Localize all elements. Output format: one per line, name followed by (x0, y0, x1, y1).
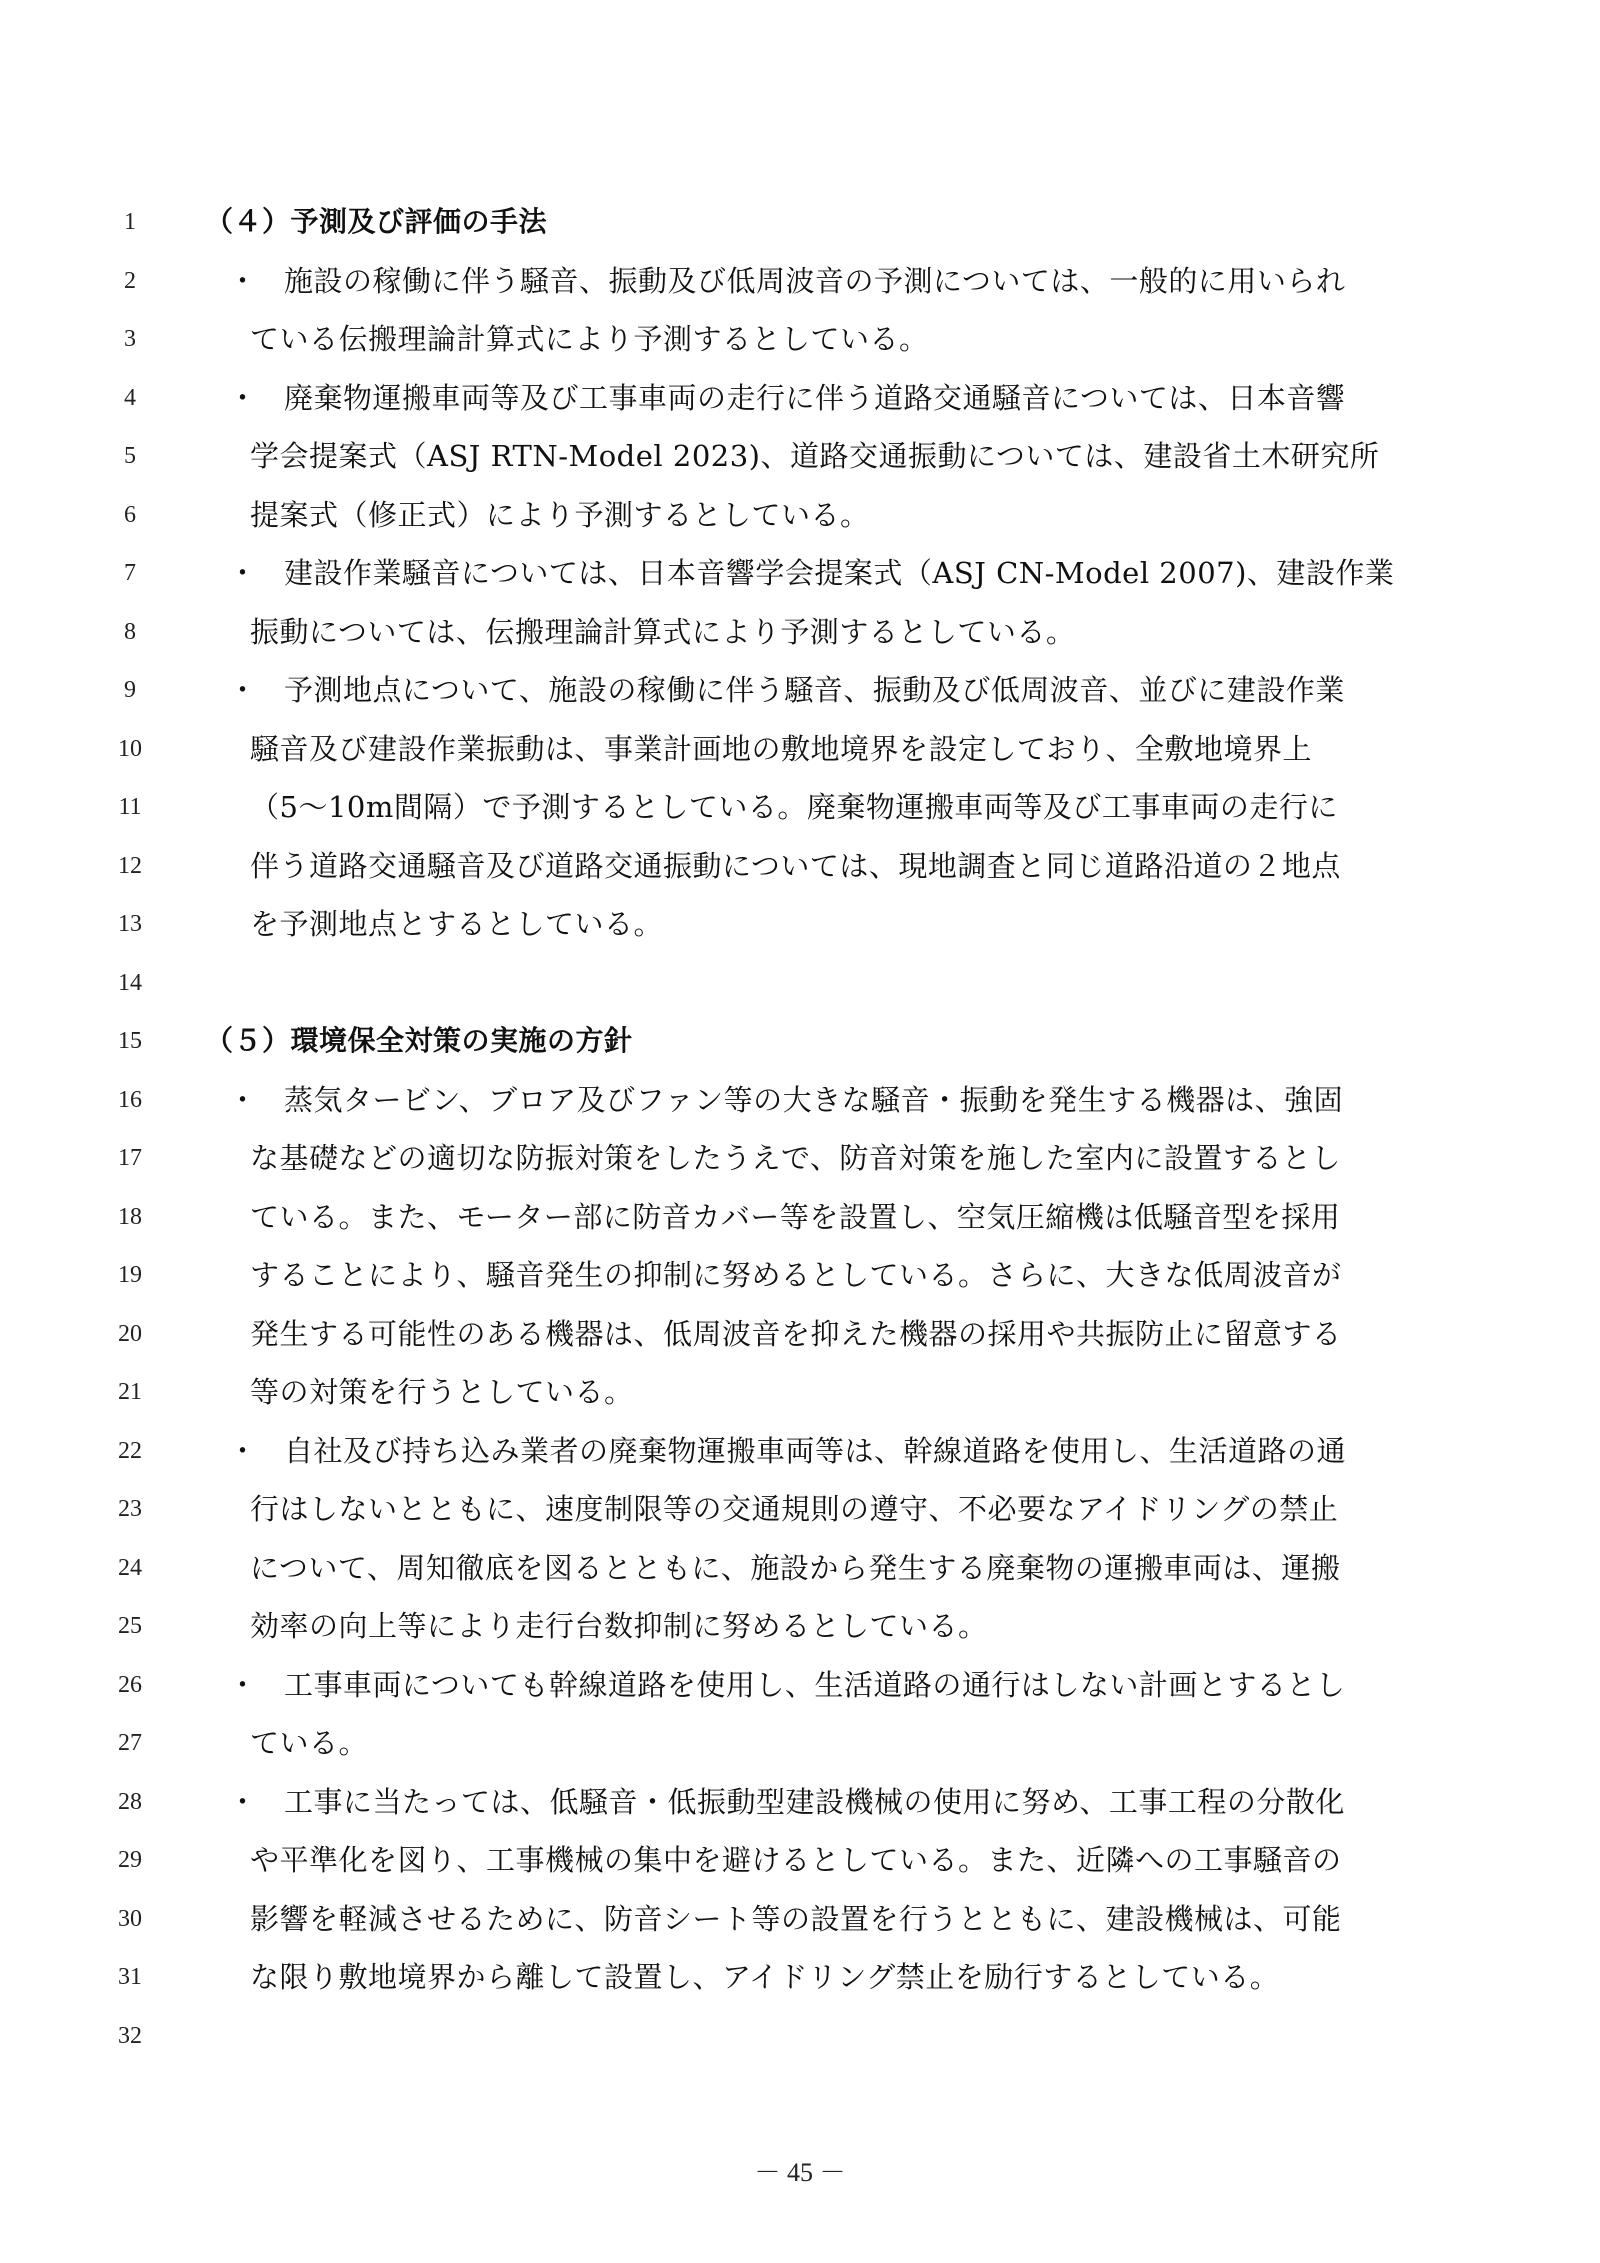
bullet-icon: ・ (228, 1422, 257, 1480)
document-page: 1（４）予測及び評価の手法2・施設の稼働に伴う騒音、振動及び低周波音の予測につい… (0, 0, 1600, 2263)
section-heading: （４）予測及び評価の手法 (205, 193, 547, 251)
document-line: 5学会提案式（ASJ RTN-Model 2023)、道路交通振動については、建… (0, 427, 1600, 485)
line-number: 6 (110, 486, 150, 544)
bullet-text: 施設の稼働に伴う騒音、振動及び低周波音の予測については、一般的に用いられ (284, 252, 1345, 310)
document-line: 7・建設作業騒音については、日本音響学会提案式（ASJ CN-Model 200… (0, 544, 1600, 602)
document-line: 11（5～10m間隔）で予測するとしている。廃棄物運搬車両等及び工事車両の走行に (0, 778, 1600, 836)
document-line: 31な限り敷地境界から離して設置し、アイドリング禁止を励行するとしている。 (0, 1948, 1600, 2006)
bullet-text: 蒸気タービン、ブロア及びファン等の大きな騒音・振動を発生する機器は、強固 (284, 1071, 1343, 1129)
bullet-continuation: な基礎などの適切な防振対策をしたうえで、防音対策を施した室内に設置するとし (250, 1129, 1341, 1187)
bullet-text: 建設作業騒音については、日本音響学会提案式（ASJ CN-Model 2007)… (284, 544, 1394, 602)
document-line: 3ている伝搬理論計算式により予測するとしている。 (0, 310, 1600, 368)
document-line: 16・蒸気タービン、ブロア及びファン等の大きな騒音・振動を発生する機器は、強固 (0, 1071, 1600, 1129)
bullet-continuation: （5～10m間隔）で予測するとしている。廃棄物運搬車両等及び工事車両の走行に (250, 778, 1338, 836)
line-number: 10 (110, 720, 150, 778)
document-line: 4・廃棄物運搬車両等及び工事車両の走行に伴う道路交通騒音については、日本音響 (0, 369, 1600, 427)
line-number: 30 (110, 1890, 150, 1948)
line-number: 12 (110, 837, 150, 895)
bullet-continuation: ている伝搬理論計算式により予測するとしている。 (250, 310, 929, 368)
line-number: 13 (110, 895, 150, 953)
bullet-icon: ・ (228, 252, 257, 310)
line-number: 32 (110, 2007, 150, 2065)
document-line: 1（４）予測及び評価の手法 (0, 193, 1600, 251)
bullet-continuation: や平準化を図り、工事機械の集中を避けるとしている。また、近隣への工事騒音の (250, 1831, 1342, 1889)
document-line: 28・工事に当たっては、低騒音・低振動型建設機械の使用に努め、工事工程の分散化 (0, 1773, 1600, 1831)
document-line: 19することにより、騒音発生の抑制に努めるとしている。さらに、大きな低周波音が (0, 1246, 1600, 1304)
document-line: 12伴う道路交通騒音及び道路交通振動については、現地調査と同じ道路沿道の２地点 (0, 837, 1600, 895)
document-line: 27ている。 (0, 1714, 1600, 1772)
document-line: 22・自社及び持ち込み業者の廃棄物運搬車両等は、幹線道路を使用し、生活道路の通 (0, 1422, 1600, 1480)
document-line: 17な基礎などの適切な防振対策をしたうえで、防音対策を施した室内に設置するとし (0, 1129, 1600, 1187)
bullet-continuation: することにより、騒音発生の抑制に努めるとしている。さらに、大きな低周波音が (250, 1246, 1342, 1304)
bullet-continuation: 効率の向上等により走行台数抑制に努めるとしている。 (250, 1597, 988, 1655)
document-line: 9・予測地点について、施設の稼働に伴う騒音、振動及び低周波音、並びに建設作業 (0, 661, 1600, 719)
line-number: 21 (110, 1363, 150, 1421)
document-line: 32 (0, 2007, 1600, 2065)
bullet-icon: ・ (228, 661, 257, 719)
section-heading: （５）環境保全対策の実施の方針 (205, 1012, 633, 1070)
line-number: 16 (110, 1071, 150, 1129)
document-line: 24について、周知徹底を図るとともに、施設から発生する廃棄物の運搬車両は、運搬 (0, 1539, 1600, 1597)
document-line: 26・工事車両についても幹線道路を使用し、生活道路の通行はしない計画とするとし (0, 1656, 1600, 1714)
line-number: 18 (110, 1188, 150, 1246)
bullet-continuation: を予測地点とするとしている。 (250, 895, 663, 953)
bullet-continuation: ている。また、モーター部に防音カバー等を設置し、空気圧縮機は低騒音型を採用 (250, 1188, 1340, 1246)
line-number: 15 (110, 1012, 150, 1070)
bullet-continuation: な限り敷地境界から離して設置し、アイドリング禁止を励行するとしている。 (250, 1948, 1279, 2006)
line-number: 1 (110, 193, 150, 251)
line-number: 31 (110, 1948, 150, 2006)
line-number: 19 (110, 1246, 150, 1304)
line-number: 23 (110, 1480, 150, 1538)
document-line: 2・施設の稼働に伴う騒音、振動及び低周波音の予測については、一般的に用いられ (0, 252, 1600, 310)
page-number: － 45 － (0, 2152, 1600, 2189)
document-line: 10騒音及び建設作業振動は、事業計画地の敷地境界を設定しており、全敷地境界上 (0, 720, 1600, 778)
line-number: 4 (110, 369, 150, 427)
bullet-continuation: 学会提案式（ASJ RTN-Model 2023)、道路交通振動については、建設… (250, 427, 1379, 485)
line-number: 20 (110, 1305, 150, 1363)
bullet-text: 予測地点について、施設の稼働に伴う騒音、振動及び低周波音、並びに建設作業 (284, 661, 1345, 719)
document-line: 6提案式（修正式）により予測するとしている。 (0, 486, 1600, 544)
bullet-text: 工事車両についても幹線道路を使用し、生活道路の通行はしない計画とするとし (284, 1656, 1345, 1714)
line-number: 2 (110, 252, 150, 310)
bullet-icon: ・ (228, 1071, 257, 1129)
document-line: 21等の対策を行うとしている。 (0, 1363, 1600, 1421)
document-line: 25効率の向上等により走行台数抑制に努めるとしている。 (0, 1597, 1600, 1655)
bullet-continuation: 等の対策を行うとしている。 (250, 1363, 634, 1421)
bullet-continuation: 振動については、伝搬理論計算式により予測するとしている。 (250, 603, 1075, 661)
bullet-icon: ・ (228, 1656, 257, 1714)
document-line: 30影響を軽減させるために、防音シート等の設置を行うとともに、建設機械は、可能 (0, 1890, 1600, 1948)
document-line: 29や平準化を図り、工事機械の集中を避けるとしている。また、近隣への工事騒音の (0, 1831, 1600, 1889)
bullet-continuation: 伴う道路交通騒音及び道路交通振動については、現地調査と同じ道路沿道の２地点 (250, 837, 1341, 895)
bullet-continuation: 騒音及び建設作業振動は、事業計画地の敷地境界を設定しており、全敷地境界上 (250, 720, 1312, 778)
bullet-continuation: について、周知徹底を図るとともに、施設から発生する廃棄物の運搬車両は、運搬 (250, 1539, 1340, 1597)
bullet-icon: ・ (228, 544, 257, 602)
bullet-continuation: ている。 (250, 1714, 368, 1772)
bullet-continuation: 提案式（修正式）により予測するとしている。 (250, 486, 870, 544)
line-number: 14 (110, 954, 150, 1012)
line-number: 25 (110, 1597, 150, 1655)
document-line: 20発生する可能性のある機器は、低周波音を抑えた機器の採用や共振防止に留意する (0, 1305, 1600, 1363)
document-line: 18ている。また、モーター部に防音カバー等を設置し、空気圧縮機は低騒音型を採用 (0, 1188, 1600, 1246)
bullet-icon: ・ (228, 1773, 257, 1831)
line-number: 26 (110, 1656, 150, 1714)
bullet-continuation: 行はしないとともに、速度制限等の交通規則の遵守、不必要なアイドリングの禁止 (250, 1480, 1338, 1538)
line-number: 29 (110, 1831, 150, 1889)
line-number: 5 (110, 427, 150, 485)
document-line: 15（５）環境保全対策の実施の方針 (0, 1012, 1600, 1070)
line-number: 28 (110, 1773, 150, 1831)
line-number: 17 (110, 1129, 150, 1187)
line-number: 22 (110, 1422, 150, 1480)
bullet-continuation: 影響を軽減させるために、防音シート等の設置を行うとともに、建設機械は、可能 (250, 1890, 1342, 1948)
document-line: 13を予測地点とするとしている。 (0, 895, 1600, 953)
bullet-icon: ・ (228, 369, 257, 427)
bullet-text: 自社及び持ち込み業者の廃棄物運搬車両等は、幹線道路を使用し、生活道路の通 (284, 1422, 1346, 1480)
line-number: 8 (110, 603, 150, 661)
document-line: 23行はしないとともに、速度制限等の交通規則の遵守、不必要なアイドリングの禁止 (0, 1480, 1600, 1538)
line-number: 3 (110, 310, 150, 368)
document-line: 8振動については、伝搬理論計算式により予測するとしている。 (0, 603, 1600, 661)
line-number: 7 (110, 544, 150, 602)
line-number: 11 (110, 778, 150, 836)
line-number: 27 (110, 1714, 150, 1772)
bullet-text: 工事に当たっては、低騒音・低振動型建設機械の使用に努め、工事工程の分散化 (284, 1773, 1345, 1831)
bullet-continuation: 発生する可能性のある機器は、低周波音を抑えた機器の採用や共振防止に留意する (250, 1305, 1342, 1363)
document-line: 14 (0, 954, 1600, 1012)
line-number: 24 (110, 1539, 150, 1597)
bullet-text: 廃棄物運搬車両等及び工事車両の走行に伴う道路交通騒音については、日本音響 (284, 369, 1345, 427)
line-number: 9 (110, 661, 150, 719)
